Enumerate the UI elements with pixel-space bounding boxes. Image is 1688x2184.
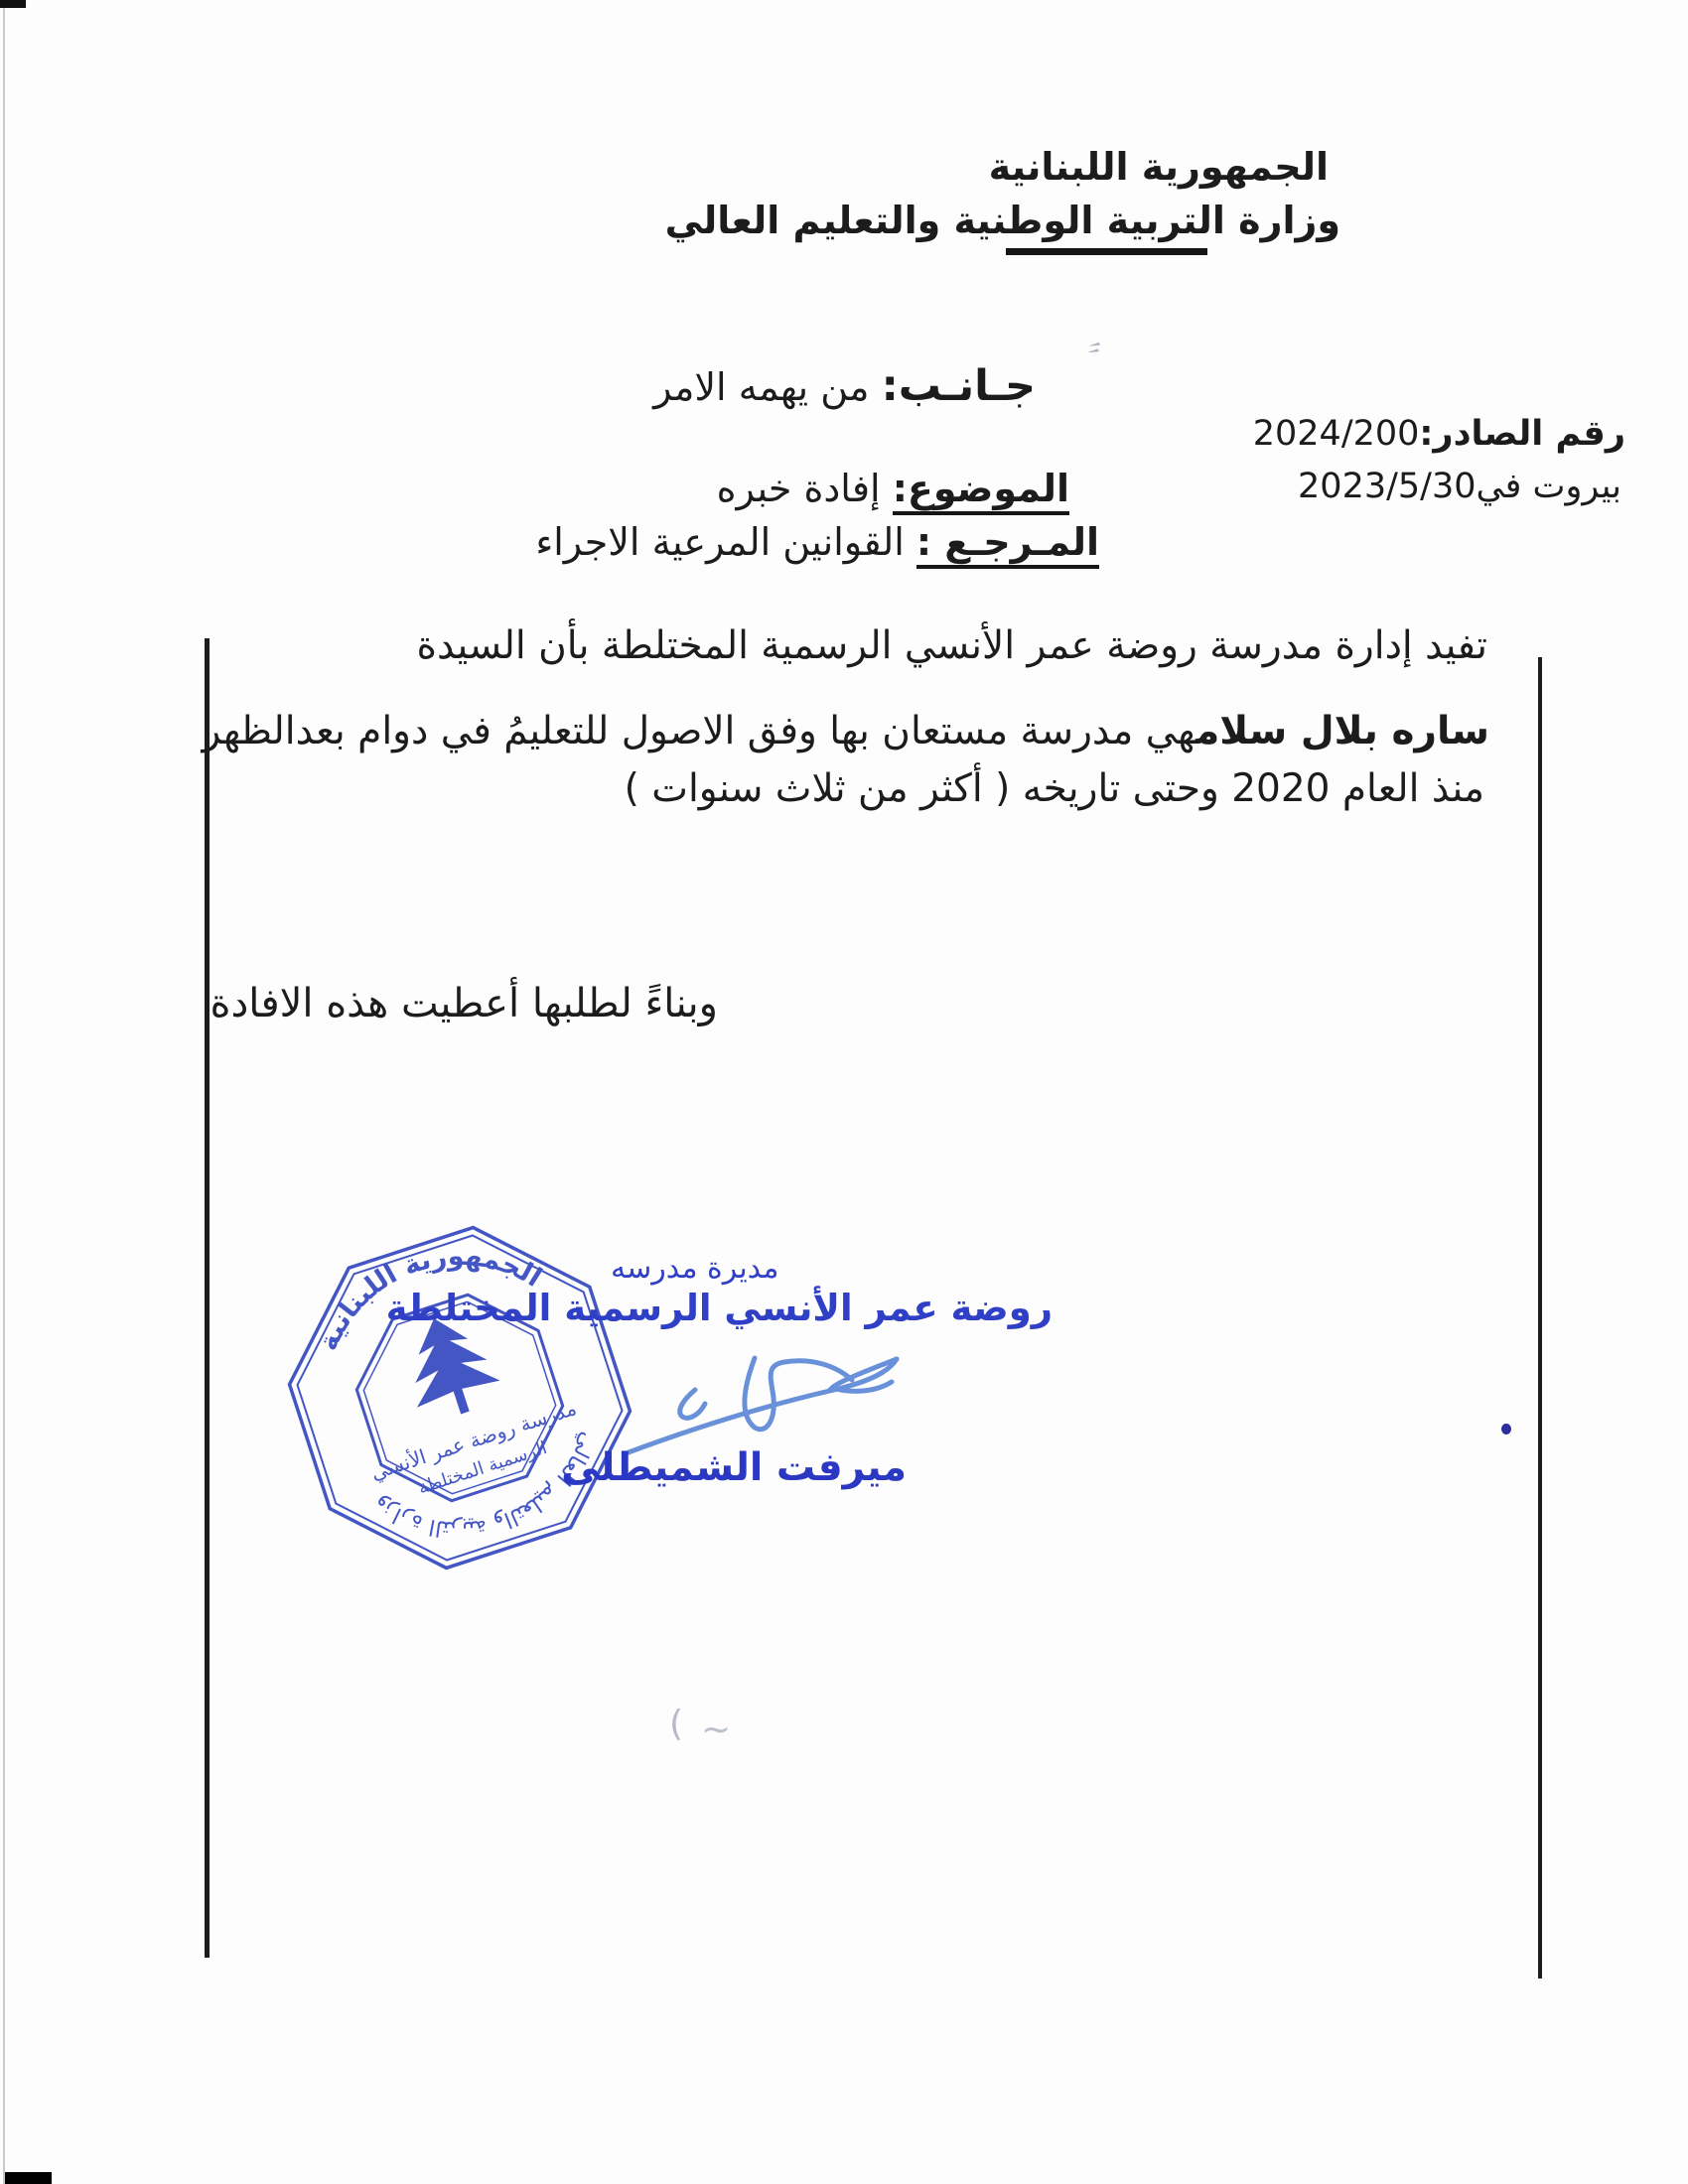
left-rule: [205, 638, 210, 1958]
signature-title-1: مديرة مدرسه: [611, 1251, 779, 1286]
pencil-tick-mark: 〞: [1079, 332, 1124, 385]
body-line-3: منذ العام 2020 وحتى تاريخه ( أكثر من ثلا…: [625, 766, 1484, 811]
ref-number-value: 2024/200: [1253, 414, 1420, 454]
header-line2: وزارة التربية الوطنية والتعليم العالي: [665, 199, 1340, 242]
ink-dot: [1501, 1424, 1511, 1434]
scan-bottom-mark: [5, 2172, 52, 2184]
page-edge-line: [3, 0, 5, 2184]
body-line-2-name: ساره بلال سلام: [1196, 709, 1489, 753]
scanned-letter-page: الجمهورية اللبنانية وزارة التربية الوطني…: [0, 0, 1688, 2184]
body-line-2: ساره بلال سلامهي مدرسة مستعان بها وفق ال…: [202, 709, 1489, 753]
addressee-value: من يهمه الامر: [653, 365, 869, 409]
date-line: بيروت في2023/5/30: [1298, 467, 1621, 506]
reference-line: المـرجـع : القوانين المرعية الاجراء: [535, 520, 1099, 564]
subject-value: إفادة خبره: [717, 467, 881, 510]
pencil-paren-mark: (: [669, 1704, 683, 1744]
signature-title-2: روضة عمر الأنسي الرسمية المختلطة: [386, 1287, 1053, 1329]
right-rule: [1538, 657, 1542, 1979]
addressee-label: جـانـب:: [882, 361, 1036, 411]
subject-line: الموضوع: إفادة خبره: [717, 467, 1069, 510]
ref-number-label: رقم الصادر:: [1419, 414, 1625, 454]
reference-label: المـرجـع :: [916, 520, 1099, 569]
scan-corner-mark: [0, 0, 26, 8]
signatory-name: ميرفت الشميطلى: [561, 1445, 907, 1490]
header-underline: [1006, 248, 1207, 255]
ref-number-line: رقم الصادر:2024/200: [1253, 414, 1625, 454]
official-stamp: الجمهورية اللبنانية وزارة التربية والتعل…: [281, 1219, 638, 1576]
body-line-1: تفيد إدارة مدرسة روضة عمر الأنسي الرسمية…: [417, 623, 1487, 668]
pencil-squiggle-mark: ∼: [701, 1709, 731, 1750]
closing-line: وبناءً لطلبها أعطيت هذه الافادة: [210, 981, 718, 1026]
reference-value: القوانين المرعية الاجراء: [535, 520, 904, 564]
body-line-2-rest: هي مدرسة مستعان بها وفق الاصول للتعليمُ …: [202, 709, 1196, 753]
addressee-line: جـانـب: من يهمه الامر: [653, 361, 1036, 411]
subject-label: الموضوع:: [893, 467, 1069, 515]
header-line1: الجمهورية اللبنانية: [989, 145, 1329, 189]
